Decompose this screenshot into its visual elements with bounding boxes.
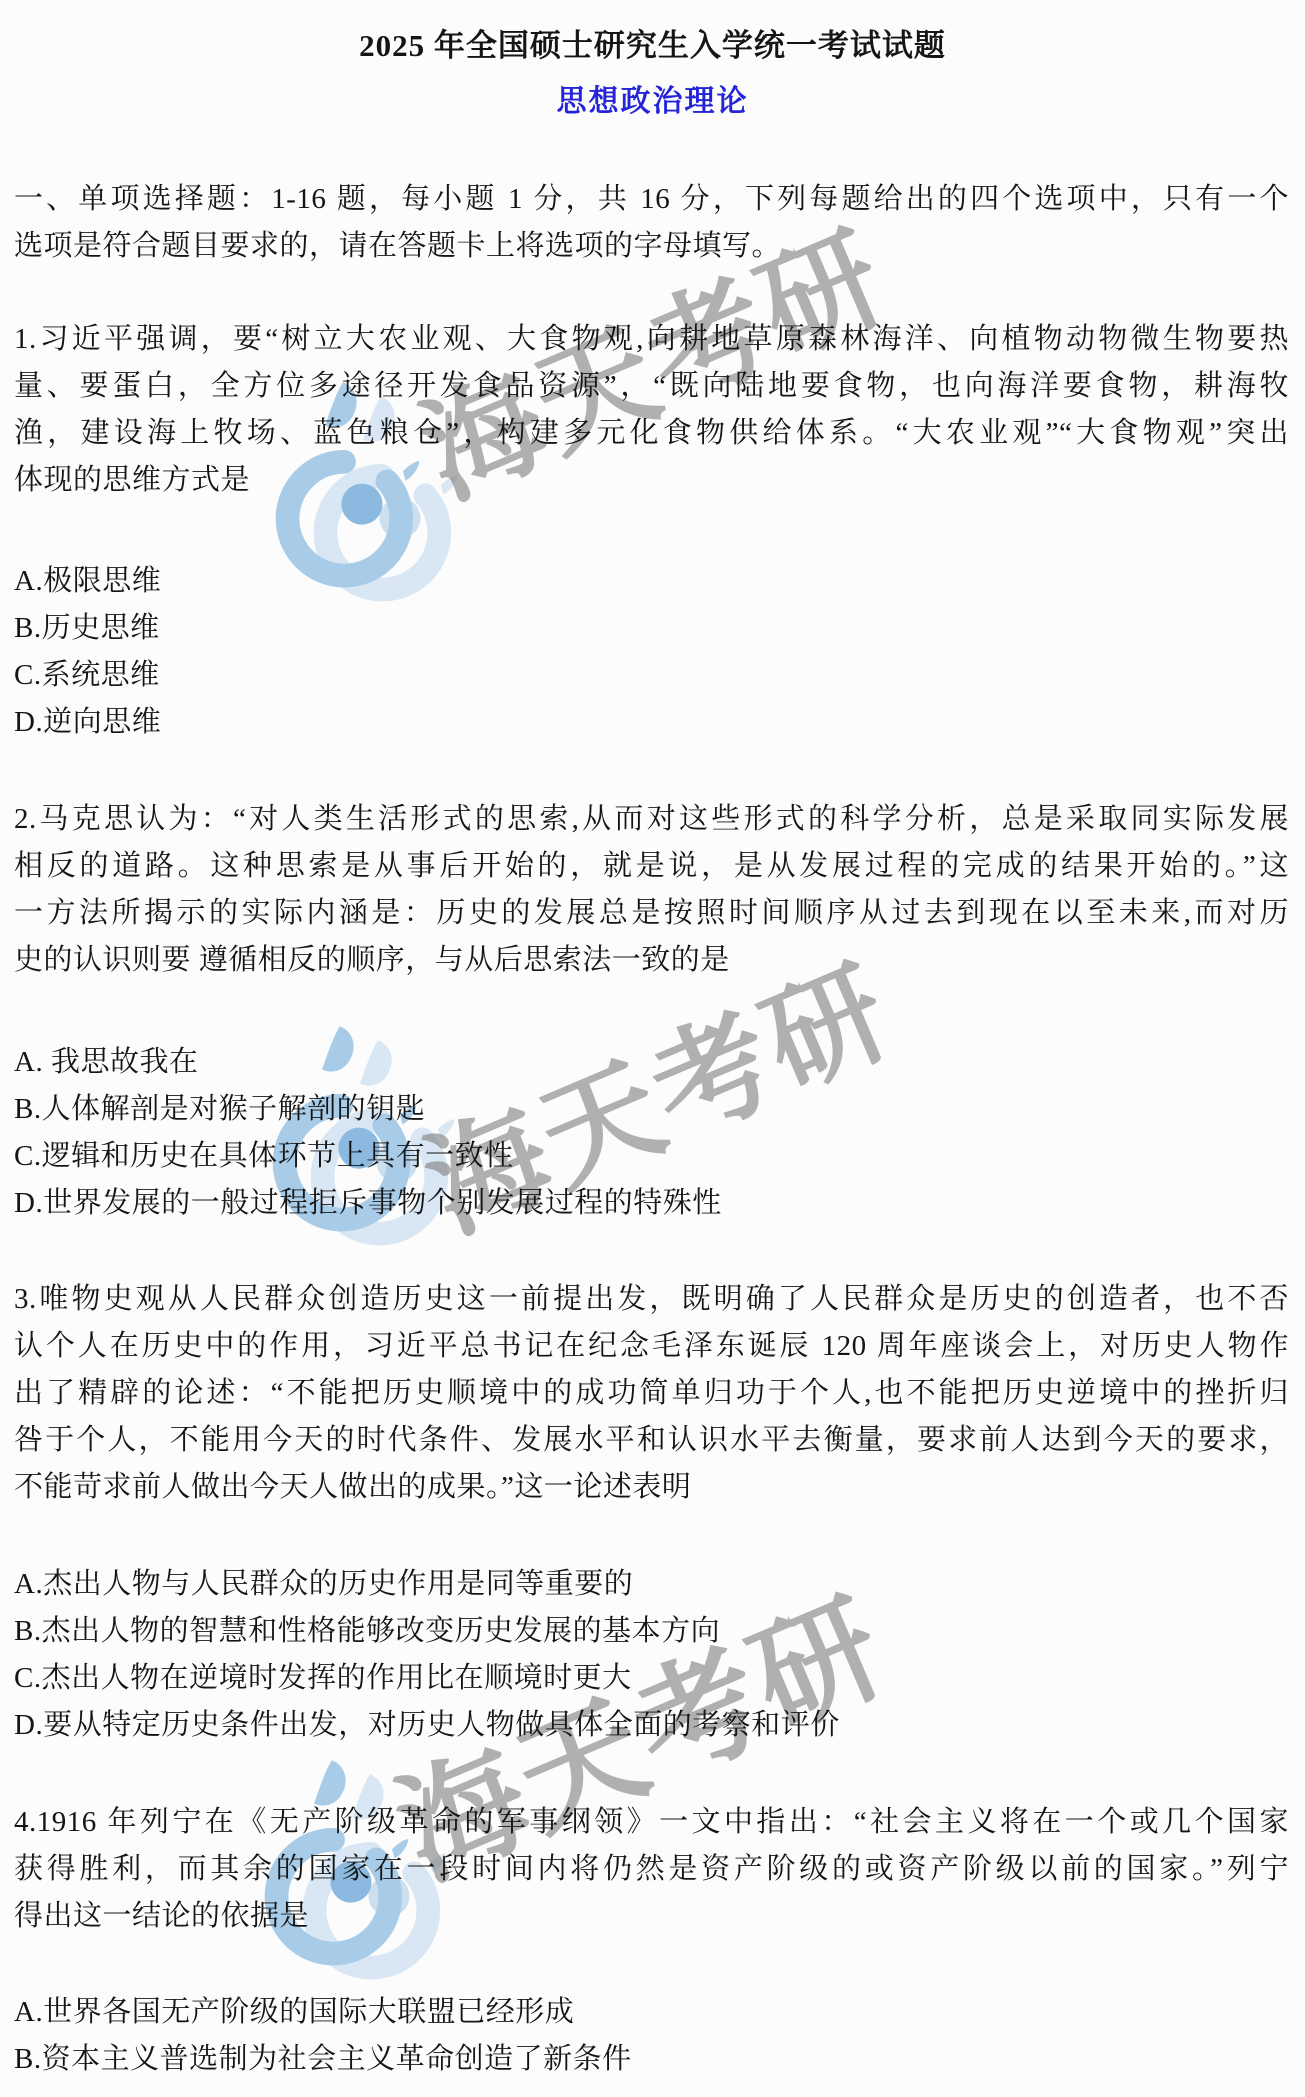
option-item: B.历史思维 <box>14 605 1289 652</box>
option-item: B.资本主义普选制为社会主义革命创造了新条件 <box>14 2036 1289 2083</box>
exam-page: 海天考研 海天考研 海天考研 <box>0 0 1305 2097</box>
question-1-options: A.极限思维 B.历史思维 C.系统思维 D.逆向思维 <box>14 558 1289 746</box>
option-item: D.世界发展的一般过程拒斥事物个别发展过程的特殊性 <box>14 1180 1289 1227</box>
question-stem-line: 一方法所揭示的实际内涵是：历史的发展总是按照时间顺序从过去到现在以至未来,而对历 <box>14 890 1289 937</box>
option-item: A.极限思维 <box>14 558 1289 605</box>
question-4-options: A.世界各国无产阶级的国际大联盟已经形成 B.资本主义普选制为社会主义革命创造了… <box>14 1989 1289 2083</box>
option-item: D.逆向思维 <box>14 699 1289 746</box>
option-item: C.逻辑和历史在具体环节上具有一致性 <box>14 1133 1289 1180</box>
option-item: A.杰出人物与人民群众的历史作用是同等重要的 <box>14 1561 1289 1608</box>
question-stem-line: 不能苛求前人做出今天人做出的成果。”这一论述表明 <box>14 1464 1289 1511</box>
option-item: B.人体解剖是对猴子解剖的钥匙 <box>14 1086 1289 1133</box>
question-3-options: A.杰出人物与人民群众的历史作用是同等重要的 B.杰出人物的智慧和性格能够改变历… <box>14 1561 1289 1749</box>
question-2-stem: 2.马克思认为：“对人类生活形式的思索,从而对这些形式的科学分析，总是采取同实际… <box>14 796 1289 984</box>
exam-text-layer: 2025 年全国硕士研究生入学统一考试试题 思想政治理论 一、单项选择题：1-1… <box>0 0 1305 2097</box>
question-stem-line: 获得胜利，而其余的国家在一段时间内将仍然是资产阶级的或资产阶级以前的国家。”列宁 <box>14 1846 1289 1893</box>
question-stem-line: 量、要蛋白，全方位多途径开发食品资源”，“既向陆地要食物，也向海洋要食物，耕海牧 <box>14 363 1289 410</box>
question-2-options: A. 我思故我在 B.人体解剖是对猴子解剖的钥匙 C.逻辑和历史在具体环节上具有… <box>14 1039 1289 1227</box>
question-stem-line: 3.唯物史观从人民群众创造历史这一前提出发，既明确了人民群众是历史的创造者，也不… <box>14 1276 1289 1323</box>
question-stem-line: 体现的思维方式是 <box>14 457 1289 504</box>
instructions-line: 选项是符合题目要求的，请在答题卡上将选项的字母填写。 <box>14 223 1289 270</box>
option-item: A. 我思故我在 <box>14 1039 1289 1086</box>
instructions-line: 一、单项选择题：1-16 题，每小题 1 分，共 16 分，下列每题给出的四个选… <box>14 176 1289 223</box>
question-4-stem: 4.1916 年列宁在《无产阶级革命的军事纲领》一文中指出：“社会主义将在一个或… <box>14 1799 1289 1940</box>
question-stem-line: 认个人在历史中的作用，习近平总书记在纪念毛泽东诞辰 120 周年座谈会上，对历史… <box>14 1323 1289 1370</box>
option-item: D.要从特定历史条件出发，对历史人物做具体全面的考察和评价 <box>14 1702 1289 1749</box>
section-instructions: 一、单项选择题：1-16 题，每小题 1 分，共 16 分，下列每题给出的四个选… <box>14 176 1289 270</box>
question-stem-line: 咎于个人，不能用今天的时代条件、发展水平和认识水平去衡量，要求前人达到今天的要求… <box>14 1417 1289 1464</box>
option-item: B.杰出人物的智慧和性格能够改变历史发展的基本方向 <box>14 1608 1289 1655</box>
question-1-stem: 1.习近平强调，要“树立大农业观、大食物观,向耕地草原森林海洋、向植物动物微生物… <box>14 316 1289 504</box>
option-item: C.杰出人物在逆境时发挥的作用比在顺境时更大 <box>14 1655 1289 1702</box>
question-stem-line: 出了精辟的论述：“不能把历史顺境中的成功简单归功于个人,也不能把历史逆境中的挫折… <box>14 1370 1289 1417</box>
question-stem-line: 4.1916 年列宁在《无产阶级革命的军事纲领》一文中指出：“社会主义将在一个或… <box>14 1799 1289 1846</box>
question-stem-line: 史的认识则要 遵循相反的顺序，与从后思索法一致的是 <box>14 937 1289 984</box>
question-stem-line: 渔，建设海上牧场、蓝色粮仓”，构建多元化食物供给体系。“大农业观”“大食物观”突… <box>14 410 1289 457</box>
option-item: C.系统思维 <box>14 652 1289 699</box>
exam-title: 2025 年全国硕士研究生入学统一考试试题 <box>0 20 1305 65</box>
exam-subject: 思想政治理论 <box>0 76 1305 120</box>
question-3-stem: 3.唯物史观从人民群众创造历史这一前提出发，既明确了人民群众是历史的创造者，也不… <box>14 1276 1289 1511</box>
question-stem-line: 2.马克思认为：“对人类生活形式的思索,从而对这些形式的科学分析，总是采取同实际… <box>14 796 1289 843</box>
question-stem-line: 得出这一结论的依据是 <box>14 1893 1289 1940</box>
option-item: A.世界各国无产阶级的国际大联盟已经形成 <box>14 1989 1289 2036</box>
question-stem-line: 相反的道路。这种思索是从事后开始的，就是说，是从发展过程的完成的结果开始的。”这 <box>14 843 1289 890</box>
question-stem-line: 1.习近平强调，要“树立大农业观、大食物观,向耕地草原森林海洋、向植物动物微生物… <box>14 316 1289 363</box>
